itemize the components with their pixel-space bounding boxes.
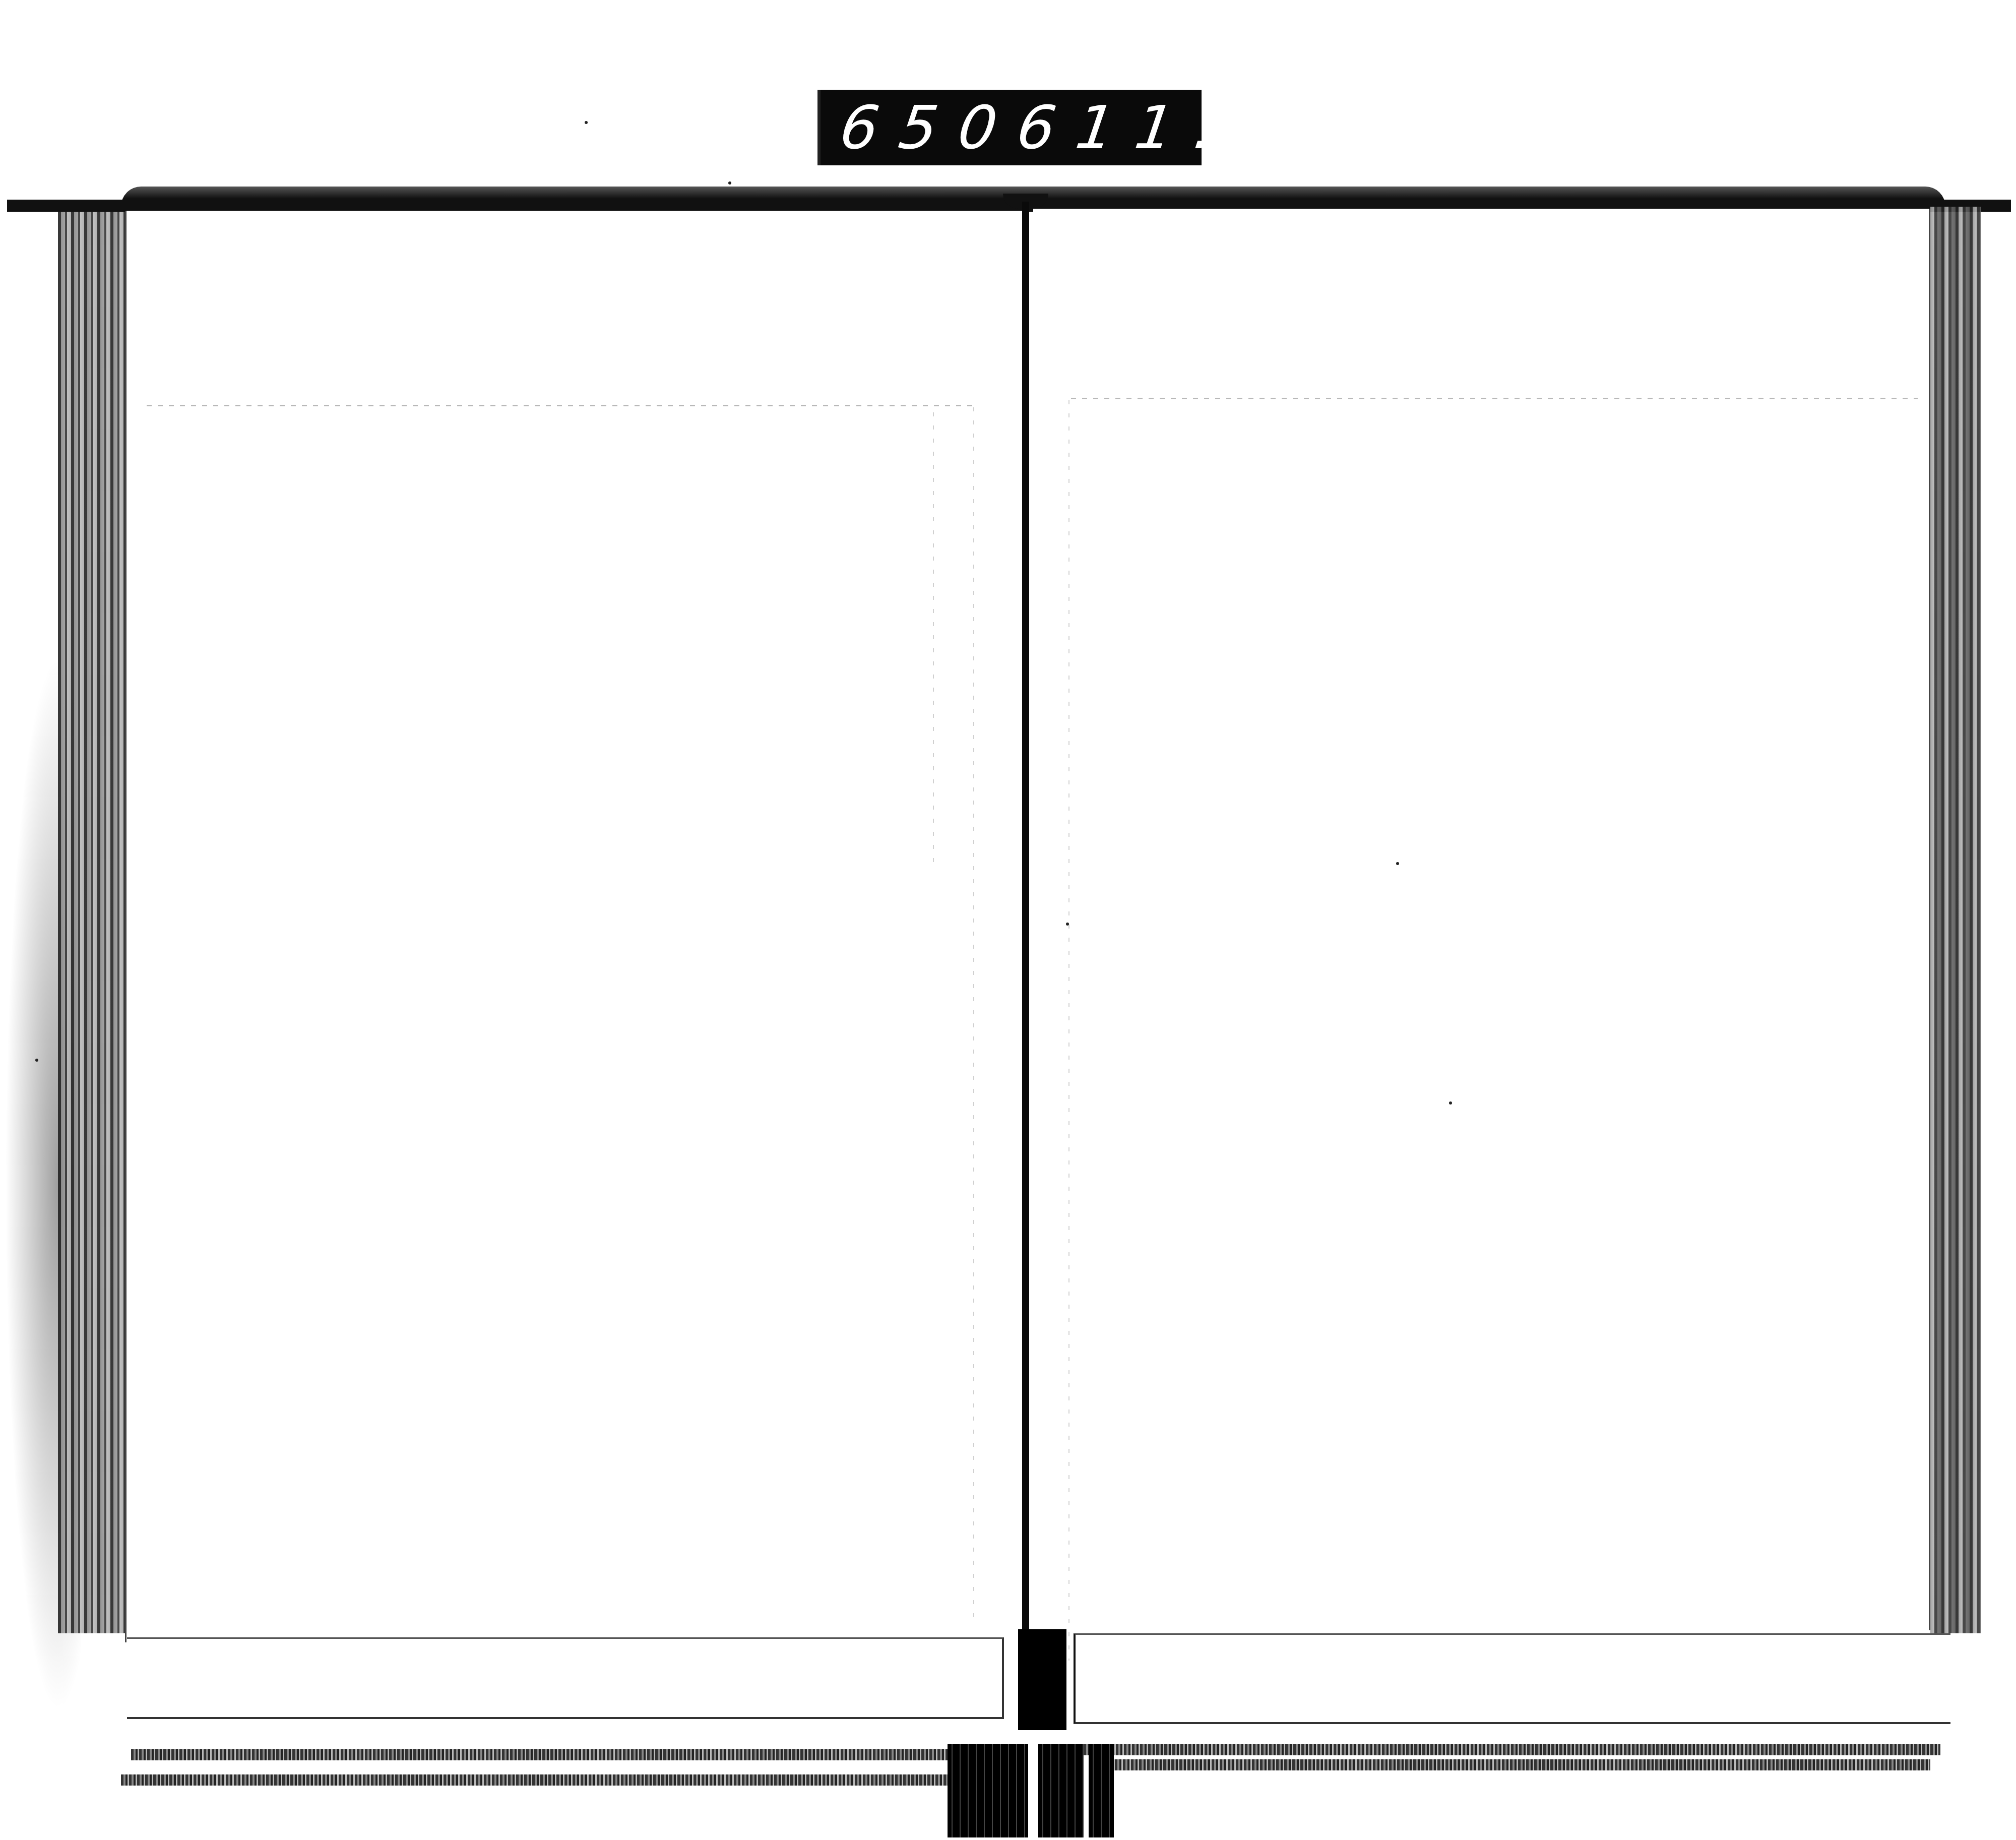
scan-speck bbox=[1066, 923, 1069, 926]
right-page-margin-rule bbox=[1068, 400, 1069, 1661]
left-page-stack-edge bbox=[58, 212, 126, 1633]
left-page-top-rule bbox=[147, 405, 978, 406]
left-bottom-band-2 bbox=[121, 1774, 948, 1786]
frame-counter-plate: 650 611. bbox=[817, 90, 1202, 165]
scan-speck bbox=[728, 181, 731, 185]
frame-counter-right: 611. bbox=[1014, 98, 1239, 157]
right-bottom-band-1 bbox=[1084, 1744, 1940, 1755]
left-page-bottom-strip bbox=[127, 1637, 1004, 1719]
right-page bbox=[1033, 209, 1930, 1630]
left-page-margin-rule bbox=[933, 412, 934, 866]
frame-counter-left: 650 bbox=[837, 98, 1022, 157]
binding-left-support bbox=[948, 1744, 1028, 1837]
scan-speck bbox=[585, 121, 588, 124]
scan-speck bbox=[1449, 1101, 1452, 1105]
binding-center-support bbox=[1038, 1744, 1084, 1837]
left-page bbox=[125, 211, 1027, 1642]
right-page-top-rule bbox=[1071, 398, 1918, 399]
right-page-bottom-strip bbox=[1074, 1633, 1950, 1724]
binding-right-support bbox=[1089, 1744, 1114, 1837]
binding-spine-block bbox=[1018, 1629, 1066, 1730]
center-gutter bbox=[1022, 202, 1029, 1633]
right-bottom-band-2 bbox=[1099, 1759, 1930, 1770]
left-page-edge-rule bbox=[973, 407, 974, 1617]
scanned-document: 650 611. bbox=[0, 0, 2016, 1840]
left-bottom-band-1 bbox=[131, 1749, 948, 1760]
scan-speck bbox=[1396, 862, 1399, 865]
scan-speck bbox=[35, 1059, 38, 1062]
right-page-stack-edge bbox=[1930, 207, 1981, 1633]
